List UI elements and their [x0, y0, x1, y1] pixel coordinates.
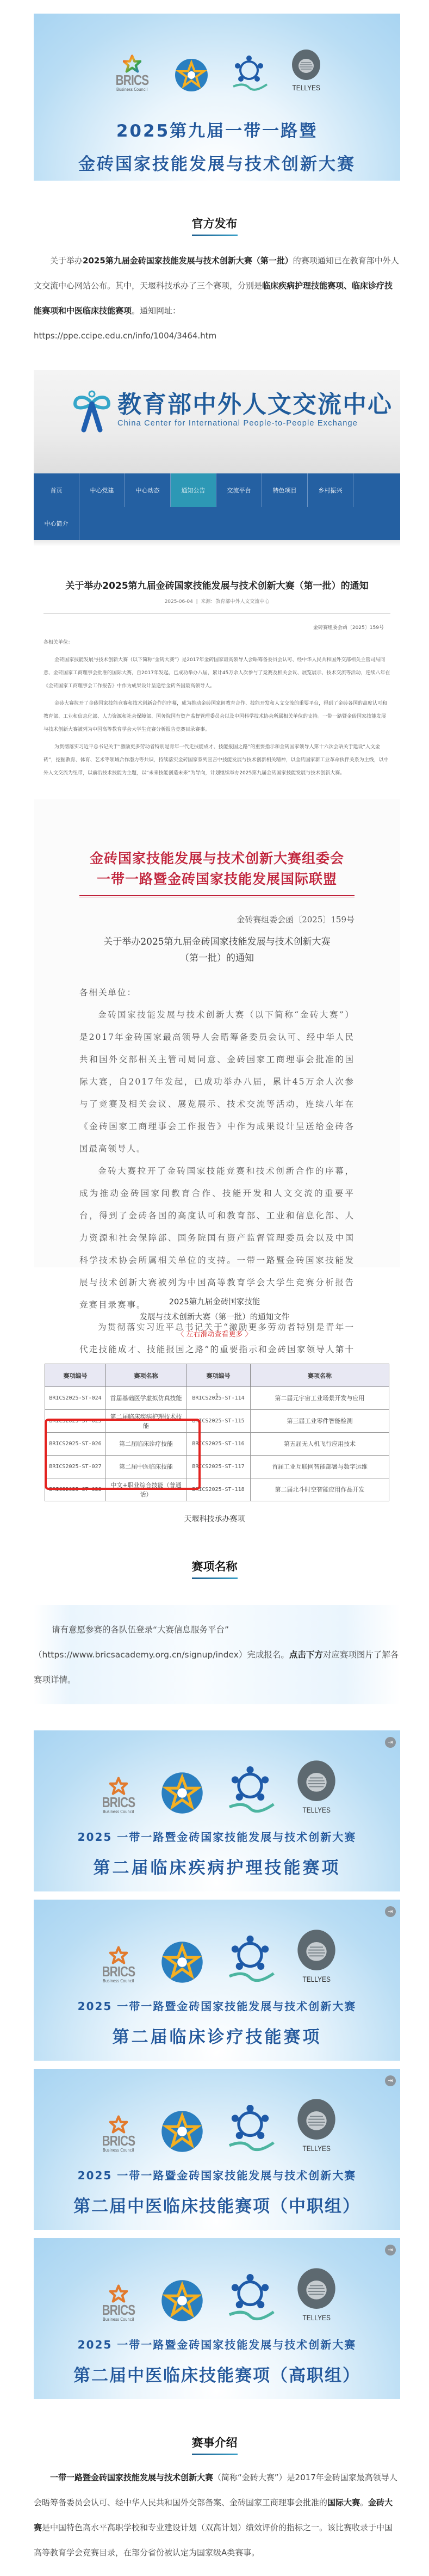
ccipe-website-screenshot: 教育部中外人文交流中心 China Center for Internation…: [34, 370, 400, 780]
tellyes-globe-icon: [291, 50, 321, 81]
notice-url-link[interactable]: https://ppe.ccipe.edu.cn/info/1004/3464.…: [34, 331, 216, 341]
table-row: BRICS2025-ST-024 首届基础医学虚拟仿真技能 BRICS2025-…: [45, 1387, 389, 1410]
signup-notice: 请有意愿参赛的各队伍登录“大赛信息服务平台” （https://www.bric…: [34, 1605, 400, 1704]
event-card-tcm-secondary[interactable]: ⇥ BRICS Business Council TELLYES 2025 一带…: [34, 2069, 400, 2230]
open-link-icon[interactable]: ⇥: [385, 2075, 396, 2086]
ccipe-ribbon-icon: [73, 387, 111, 433]
events-table: 赛项编号 赛项名称 赛项编号 赛项名称 BRICS2025-ST-024 首届基…: [45, 1364, 389, 1501]
alliance-logo: [225, 1933, 275, 1983]
brics-business-council-logo: BRICS Business Council: [98, 2115, 139, 2153]
signup-link[interactable]: （https://www.bricsacademy.org.cn/signup/…: [34, 1650, 289, 1660]
notice-article: 关于举办2025第九届金砖国家技能发展与技术创新大赛（第一批）的通知 2025-…: [34, 572, 400, 780]
table-header-row: 赛项编号 赛项名称 赛项编号 赛项名称: [45, 1364, 389, 1387]
brics-star-icon: [123, 54, 141, 73]
nav-item-rural[interactable]: 乡村振兴: [308, 473, 353, 507]
gear-star-emblem-icon: [161, 1772, 203, 1814]
alliance-logo: [225, 1764, 275, 1814]
site-title-cn: 教育部中外人文交流中心: [117, 393, 393, 417]
gear-star-emblem-icon: [175, 58, 208, 92]
table-row: BRICS2025-ST-028 中文+职业综合技能（普通话） BRICS202…: [45, 1478, 389, 1501]
brics-star-icon: [109, 2284, 128, 2303]
nav-item-home[interactable]: 首页: [34, 473, 79, 507]
open-link-icon[interactable]: ⇥: [385, 1906, 396, 1917]
nav-item-about[interactable]: 中心简介: [34, 507, 79, 540]
article-page: BRICS Business Council: [0, 0, 429, 2576]
alliance-logo: [225, 2103, 275, 2153]
table-row: BRICS2025-ST-027 第二届中医临床技能 BRICS2025-ST-…: [45, 1456, 389, 1478]
brics-business-council-logo: BRICS Business Council: [98, 1777, 139, 1814]
gear-star-emblem-icon: [161, 2279, 203, 2322]
tellyes-logo: TELLYES: [297, 1929, 336, 1983]
nav-item-exchange[interactable]: 交流平台: [216, 473, 262, 507]
file-caption: 2025第九届金砖国家技能 发展与技术创新大赛（第一批）的通知文件: [0, 1295, 429, 1325]
competition-emblem-logo: [161, 2110, 203, 2153]
events-table-scroller[interactable]: 赛项编号 赛项名称 赛项编号 赛项名称 BRICS2025-ST-024 首届基…: [34, 1364, 400, 1501]
swipe-hint[interactable]: 〈 左右滑动查看更多 〉: [0, 1328, 429, 1339]
gear-star-emblem-icon: [161, 2110, 203, 2153]
brics-business-council-logo: BRICS Business Council: [98, 2284, 139, 2322]
competition-emblem-logo: [175, 58, 208, 92]
logo-row: BRICS Business Council: [34, 14, 400, 92]
site-header: 教育部中外人文交流中心 China Center for Internation…: [34, 370, 400, 473]
site-nav: 首页 中心党建 中心动态 通知公告 交流平台 特色项目 乡村振兴 中心简介: [34, 473, 400, 540]
intro-text: 一带一路暨金砖国家技能发展与技术创新大赛（简称“金砖大赛”）是2017年金砖国家…: [34, 2465, 400, 2565]
letter-doc-number: 金砖赛组委会函〔2025〕159号: [79, 914, 355, 925]
open-link-icon[interactable]: ⇥: [385, 1737, 396, 1748]
flower-knot-icon: [225, 2103, 275, 2153]
flower-knot-icon: [225, 2272, 275, 2322]
tellyes-logo: TELLYES: [297, 1760, 336, 1814]
competition-emblem-logo: [161, 1941, 203, 1983]
tellyes-globe-icon: [297, 2098, 336, 2142]
section-title-event-names: 赛项名称: [0, 1558, 429, 1579]
article-meta: 2025-06-04 | 来源：教育部中外人文交流中心: [43, 597, 390, 605]
ccipe-logo: 教育部中外人文交流中心 China Center for Internation…: [73, 387, 393, 433]
brics-star-icon: [109, 2115, 128, 2134]
nav-item-projects[interactable]: 特色项目: [262, 473, 308, 507]
tellyes-globe-icon: [297, 1929, 336, 1973]
section-title-official-release: 官方发布: [0, 215, 429, 236]
event-card-clinical-nursing[interactable]: ⇥ BRICS Business Council TELLYES 2025 一带…: [34, 1730, 400, 1891]
table-caption: 天堰科技承办赛项: [0, 1513, 429, 1524]
nav-item-notices[interactable]: 通知公告: [171, 473, 216, 507]
letter-org-line1: 金砖国家技能发展与技术创新大赛组委会: [79, 848, 355, 869]
official-release-text: 关于举办2025第九届金砖国家技能发展与技术创新大赛（第一批）的赛项通知已在教育…: [34, 248, 400, 348]
brics-business-council-logo: BRICS Business Council: [98, 1946, 139, 1983]
alliance-logo: [230, 54, 268, 92]
doc-number: 金砖赛组委会函〔2025〕159号: [43, 624, 390, 631]
table-row: BRICS2025-ST-025 第二届临床疾病护理技术技能 BRICS2025…: [45, 1410, 389, 1433]
tellyes-logo: TELLYES: [297, 2098, 336, 2153]
table-row: BRICS2025-ST-026 第二届临床诊疗技能 BRICS2025-ST-…: [45, 1433, 389, 1456]
hero-title-line2: 金砖国家技能发展与技术创新大赛: [34, 150, 400, 175]
tellyes-globe-icon: [297, 1760, 336, 1803]
article-title: 关于举办2025第九届金砖国家技能发展与技术创新大赛（第一批）的通知: [43, 572, 390, 592]
event-card-tcm-higher[interactable]: ⇥ BRICS Business Council TELLYES 2025 一带…: [34, 2238, 400, 2399]
official-letter-scan: 金砖国家技能发展与技术创新大赛组委会 一带一路暨金砖国家技能发展国际联盟 金砖赛…: [34, 799, 400, 1267]
section-title-intro: 赛事介绍: [0, 2434, 429, 2455]
competition-emblem-logo: [161, 2279, 203, 2322]
article-body: 各相关单位： 金砖国家技能发展与技术创新大赛（以下简称“金砖大赛”）是2017年…: [43, 636, 390, 780]
flower-knot-icon: [225, 1764, 275, 1814]
flower-knot-icon: [225, 1933, 275, 1983]
open-link-icon[interactable]: ⇥: [385, 2245, 396, 2255]
competition-emblem-logo: [161, 1772, 203, 1814]
brics-star-icon: [109, 1946, 128, 1964]
tellyes-logo: TELLYES: [290, 50, 322, 92]
flower-knot-icon: [230, 54, 268, 92]
alliance-logo: [225, 2272, 275, 2322]
site-title-en: China Center for International People-to…: [117, 419, 393, 428]
nav-item-party[interactable]: 中心党建: [79, 473, 125, 507]
tellyes-globe-icon: [297, 2267, 336, 2311]
brics-star-icon: [109, 1777, 128, 1795]
hero-title-line1: 2025第九届一带一路暨: [34, 117, 400, 141]
letter-red-rule: [79, 895, 355, 897]
hero-banner: BRICS Business Council: [34, 14, 400, 181]
gear-star-emblem-icon: [161, 1941, 203, 1983]
divider: [43, 613, 390, 614]
event-card-clinical-diagnosis[interactable]: ⇥ BRICS Business Council TELLYES 2025 一带…: [34, 1900, 400, 2061]
brics-business-council-logo: BRICS Business Council: [111, 54, 153, 92]
letter-title: 关于举办2025第九届金砖国家技能发展与技术创新大赛 （第一批）的通知: [79, 934, 355, 966]
letter-org-line2: 一带一路暨金砖国家技能发展国际联盟: [79, 869, 355, 890]
nav-item-news[interactable]: 中心动态: [125, 473, 171, 507]
tellyes-logo: TELLYES: [297, 2267, 336, 2322]
